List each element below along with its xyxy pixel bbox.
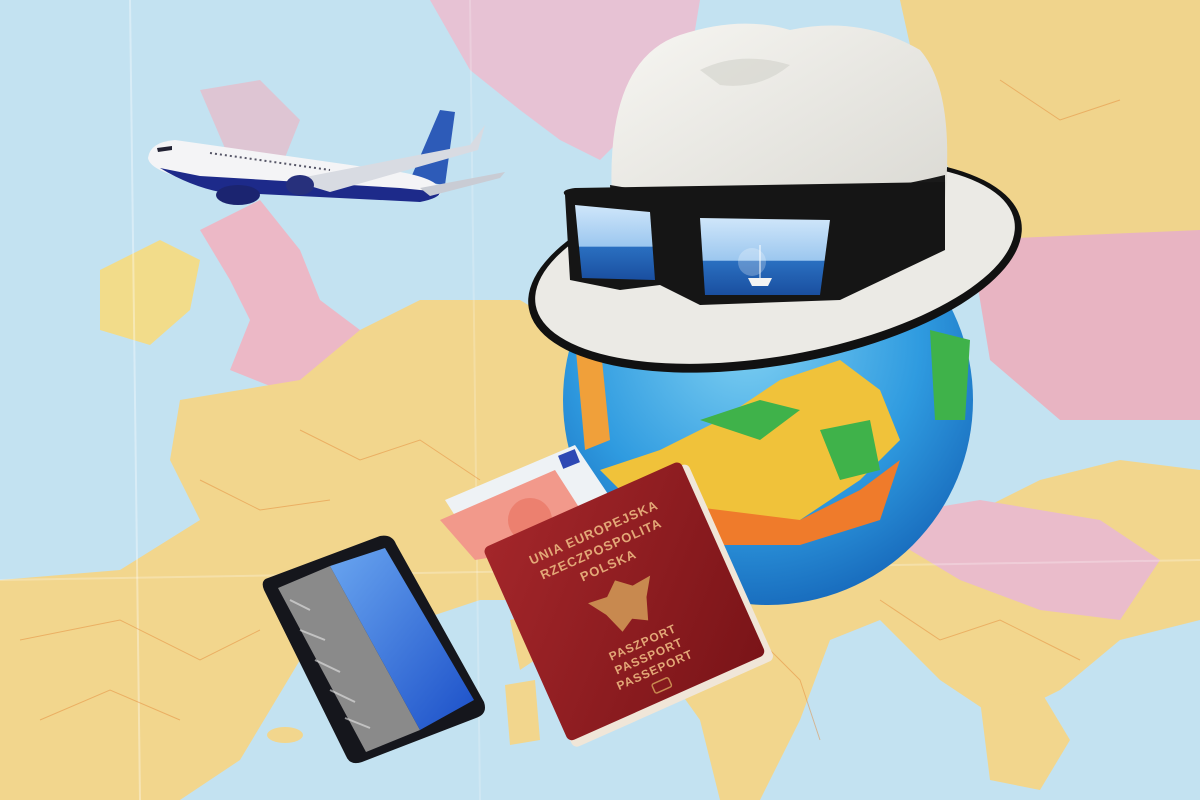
photo-canvas: UNIA EUROPEJSKA RZECZPOSPOLITA POLSKA PA… [0,0,1200,800]
photo-scene: UNIA EUROPEJSKA RZECZPOSPOLITA POLSKA PA… [0,0,1200,800]
left-lens [575,205,655,280]
